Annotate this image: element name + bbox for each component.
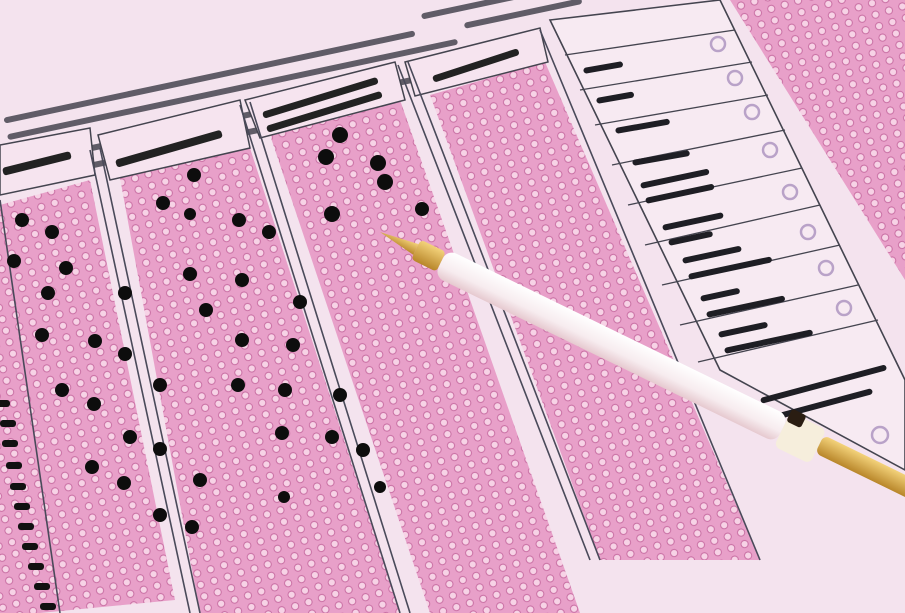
photo-canvas xyxy=(0,0,905,613)
answer-sheet-photo xyxy=(0,0,905,613)
